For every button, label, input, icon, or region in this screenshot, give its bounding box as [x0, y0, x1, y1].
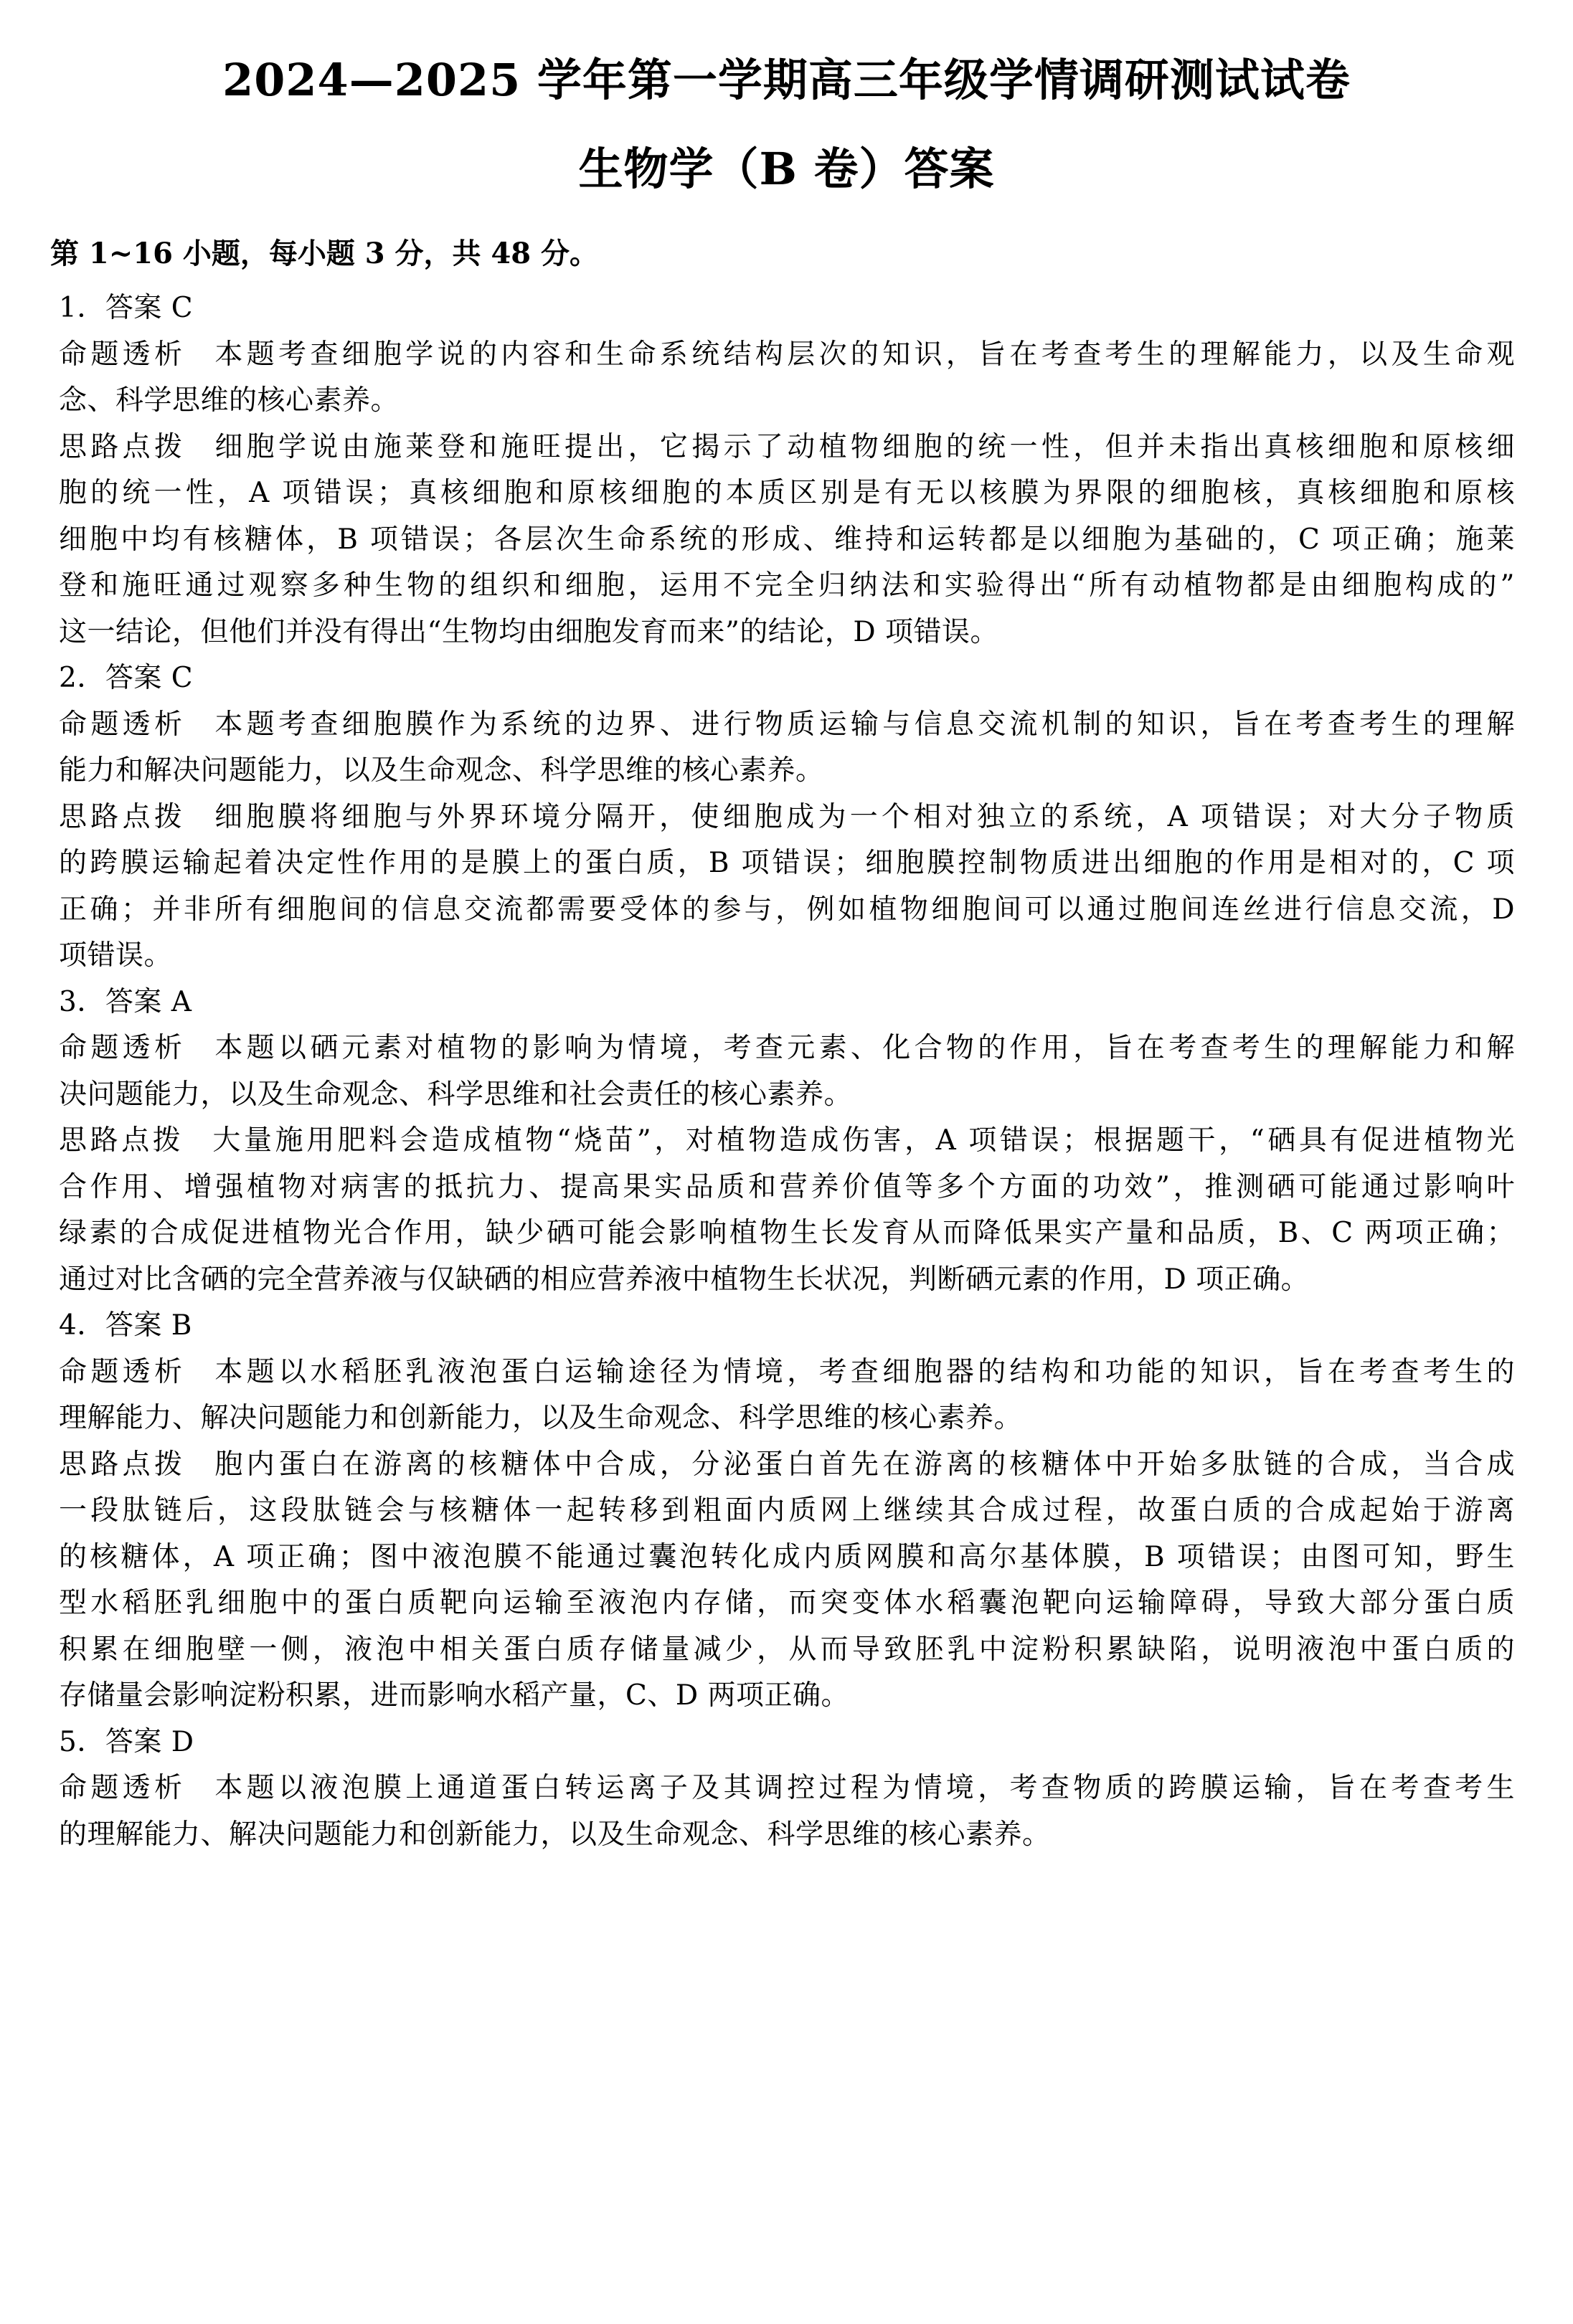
analysis-label: 命题透析: [59, 338, 186, 371]
analysis-line: 决问题能力，以及生命观念、科学思维和社会责任的核心素养。: [59, 1072, 1515, 1119]
exam-title: 2024—2025 学年第一学期高三年级学情调研测试试卷: [0, 52, 1573, 109]
hint-line: 思路点拨细胞学说由施莱登和施旺提出，它揭示了动植物细胞的统一性，但并未指出真核细…: [59, 425, 1515, 471]
hint-line: 胞的统一性，A 项错误；真核细胞和原核细胞的本质区别是有无以核膜为界限的细胞核，…: [59, 470, 1515, 517]
answer-number: 4．答案 B: [59, 1303, 1515, 1350]
section-header: 第 1~16 小题，每小题 3 分，共 48 分。: [50, 231, 598, 277]
hint-line: 绿素的合成促进植物光合作用，缺少硒可能会影响植物生长发育从而降低果实产量和品质，…: [59, 1210, 1515, 1257]
analysis-line: 命题透析本题以液泡膜上通道蛋白转运离子及其调控过程为情境，考查物质的跨膜运输，旨…: [59, 1765, 1515, 1812]
hint-line: 思路点拨大量施用肥料会造成植物“烧苗”，对植物造成伤害，A 项错误；根据题干，“…: [59, 1118, 1515, 1165]
analysis-line: 命题透析本题以水稻胚乳液泡蛋白运输途径为情境，考查细胞器的结构和功能的知识，旨在…: [59, 1350, 1515, 1396]
analysis-line: 念、科学思维的核心素养。: [59, 378, 1515, 425]
exam-subtitle: 生物学（B 卷）答案: [0, 141, 1573, 198]
hint-label: 思路点拨: [59, 801, 186, 833]
hint-line: 这一结论，但他们并没有得出“生物均由细胞发育而来”的结论，D 项错误。: [59, 610, 1515, 656]
hint-line: 登和施旺通过观察多种生物的组织和细胞，运用不完全归纳法和实验得出“所有动植物都是…: [59, 563, 1515, 610]
answer-number: 5．答案 D: [59, 1720, 1515, 1766]
analysis-label: 命题透析: [59, 708, 186, 741]
hint-line: 存储量会影响淀粉积累，进而影响水稻产量，C、D 两项正确。: [59, 1673, 1515, 1720]
analysis-line: 命题透析本题考查细胞学说的内容和生命系统结构层次的知识，旨在考查考生的理解能力，…: [59, 332, 1515, 379]
analysis-line: 的理解能力、解决问题能力和创新能力，以及生命观念、科学思维的核心素养。: [59, 1812, 1515, 1859]
hint-line: 思路点拨胞内蛋白在游离的核糖体中合成，分泌蛋白首先在游离的核糖体中开始多肽链的合…: [59, 1442, 1515, 1489]
answer-number: 1．答案 C: [59, 285, 1515, 332]
hint-label: 思路点拨: [59, 1124, 184, 1157]
analysis-line: 命题透析本题考查细胞膜作为系统的边界、进行物质运输与信息交流机制的知识，旨在考查…: [59, 702, 1515, 749]
hint-line: 积累在细胞壁一侧，液泡中相关蛋白质存储量减少，从而导致胚乳中淀粉积累缺陷，说明液…: [59, 1627, 1515, 1674]
analysis-line: 命题透析本题以硒元素对植物的影响为情境，考查元素、化合物的作用，旨在考查考生的理…: [59, 1025, 1515, 1072]
answer-number: 3．答案 A: [59, 980, 1515, 1026]
hint-line: 一段肽链后，这段肽链会与核糖体一起转移到粗面内质网上继续其合成过程，故蛋白质的合…: [59, 1488, 1515, 1535]
analysis-line: 能力和解决问题能力，以及生命观念、科学思维的核心素养。: [59, 748, 1515, 795]
hint-line: 的跨膜运输起着决定性作用的是膜上的蛋白质，B 项错误；细胞膜控制物质进出细胞的作…: [59, 840, 1515, 887]
hint-line: 型水稻胚乳细胞中的蛋白质靶向运输至液泡内存储，而突变体水稻囊泡靶向运输障碍，导致…: [59, 1580, 1515, 1627]
hint-line: 的核糖体，A 项正确；图中液泡膜不能通过囊泡转化成内质网膜和高尔基体膜，B 项错…: [59, 1535, 1515, 1581]
answer-number: 2．答案 C: [59, 655, 1515, 702]
analysis-label: 命题透析: [59, 1772, 186, 1804]
hint-line: 细胞中均有核糖体，B 项错误；各层次生命系统的形成、维持和运转都是以细胞为基础的…: [59, 517, 1515, 564]
hint-label: 思路点拨: [59, 1448, 186, 1481]
hint-line: 通过对比含硒的完全营养液与仅缺硒的相应营养液中植物生长状况，判断硒元素的作用，D…: [59, 1257, 1515, 1304]
hint-line: 思路点拨细胞膜将细胞与外界环境分隔开，使细胞成为一个相对独立的系统，A 项错误；…: [59, 795, 1515, 841]
hint-label: 思路点拨: [59, 431, 186, 463]
analysis-line: 理解能力、解决问题能力和创新能力，以及生命观念、科学思维的核心素养。: [59, 1395, 1515, 1442]
analysis-label: 命题透析: [59, 1032, 186, 1064]
hint-line: 项错误。: [59, 933, 1515, 980]
hint-line: 合作用、增强植物对病害的抵抗力、提高果实品质和营养价值等多个方面的功效”，推测硒…: [59, 1165, 1515, 1211]
answer-body: 1．答案 C 命题透析本题考查细胞学说的内容和生命系统结构层次的知识，旨在考查考…: [59, 285, 1515, 1858]
analysis-label: 命题透析: [59, 1356, 186, 1388]
hint-line: 正确；并非所有细胞间的信息交流都需要受体的参与，例如植物细胞间可以通过胞间连丝进…: [59, 887, 1515, 934]
